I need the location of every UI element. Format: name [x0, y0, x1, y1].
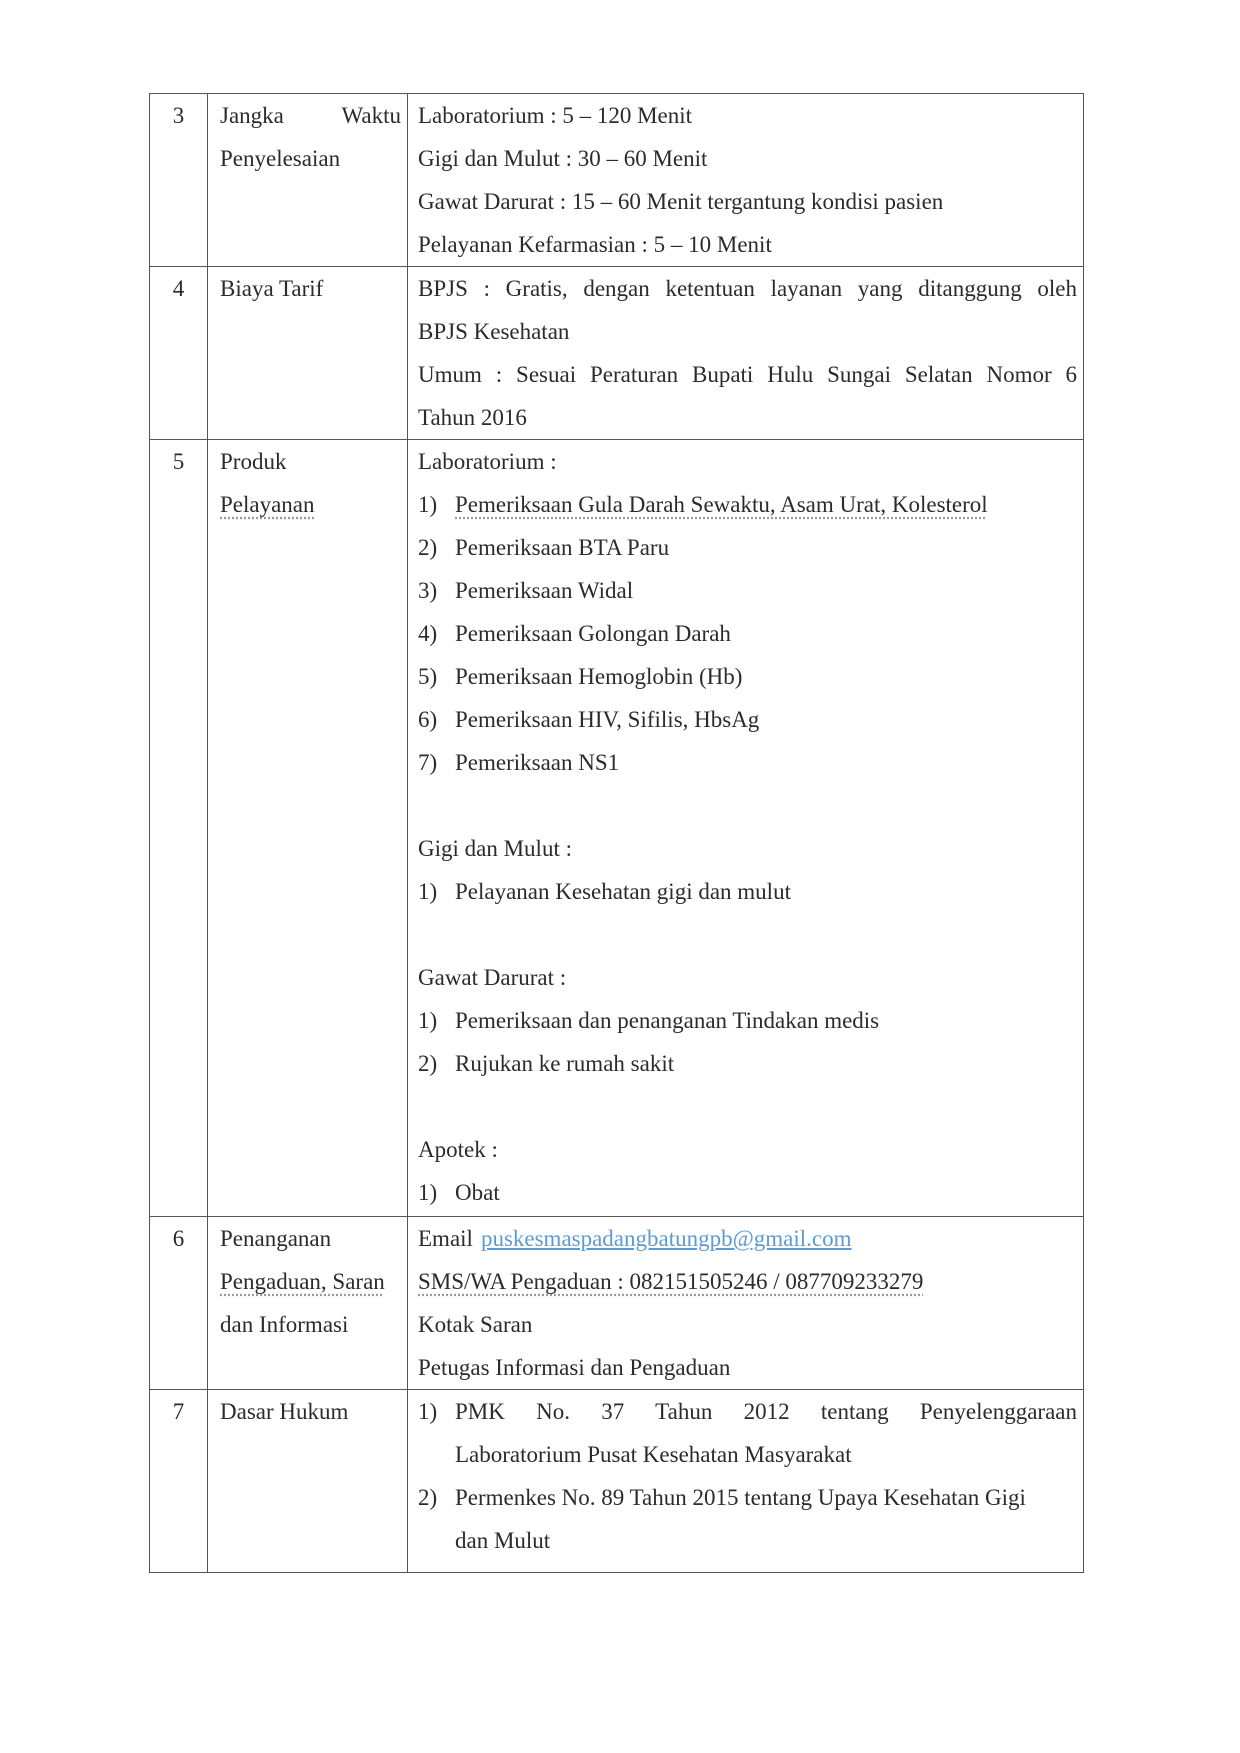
- table-row: 3 Jangka Waktu Penyelesaian Laboratorium…: [150, 94, 1084, 267]
- row-number: 4: [150, 267, 208, 440]
- table-row: 6 Penanganan Pengaduan, Saran dan Inform…: [150, 1217, 1084, 1390]
- section-heading-gigi-mulut: Gigi dan Mulut :: [418, 827, 1077, 870]
- row-label-line: Biaya Tarif: [220, 267, 401, 310]
- row-label-line: Pengaduan, Saran: [220, 1260, 401, 1303]
- row-label: Jangka Waktu Penyelesaian: [208, 94, 408, 267]
- email-line: Emailpuskesmaspadangbatungpb@gmail.com: [418, 1217, 1077, 1260]
- list-item: 1) PMK No. 37 Tahun 2012 tentang Penyele…: [418, 1390, 1077, 1433]
- sms-wa-line: SMS/WA Pengaduan : 082151505246 / 087709…: [418, 1260, 1077, 1303]
- list-item: 1) Pemeriksaan dan penanganan Tindakan m…: [418, 999, 1077, 1042]
- content-line: Laboratorium : 5 – 120 Menit: [418, 94, 1077, 137]
- email-label: Email: [418, 1226, 473, 1251]
- row-number: 5: [150, 440, 208, 1217]
- row-label: Biaya Tarif: [208, 267, 408, 440]
- section-heading-gawat-darurat: Gawat Darurat :: [418, 956, 1077, 999]
- table-row: 7 Dasar Hukum 1) PMK No. 37 Tahun 2012 t…: [150, 1390, 1084, 1573]
- row-content: Laboratorium : 1) Pemeriksaan Gula Darah…: [408, 440, 1084, 1217]
- list-item: 4) Pemeriksaan Golongan Darah: [418, 612, 1077, 655]
- content-line: Petugas Informasi dan Pengaduan: [418, 1346, 1077, 1389]
- service-standard-table: 3 Jangka Waktu Penyelesaian Laboratorium…: [149, 93, 1084, 1573]
- content-line: Gawat Darurat : 15 – 60 Menit tergantung…: [418, 180, 1077, 223]
- list-item: 2) Permenkes No. 89 Tahun 2015 tentang U…: [418, 1476, 1077, 1519]
- row-label-line: Pelayanan: [220, 483, 401, 526]
- list-item-continuation: dan Mulut: [418, 1519, 1077, 1562]
- spacer: [418, 1085, 1077, 1128]
- content-line: Gigi dan Mulut : 30 – 60 Menit: [418, 137, 1077, 180]
- row-content: Emailpuskesmaspadangbatungpb@gmail.com S…: [408, 1217, 1084, 1390]
- content-line: BPJS Kesehatan: [418, 310, 1077, 353]
- content-line: Umum : Sesuai Peraturan Bupati Hulu Sung…: [418, 353, 1077, 396]
- row-number: 6: [150, 1217, 208, 1390]
- spacer: [418, 784, 1077, 827]
- content-line: BPJS : Gratis, dengan ketentuan layanan …: [418, 267, 1077, 310]
- row-label: Penanganan Pengaduan, Saran dan Informas…: [208, 1217, 408, 1390]
- table-row: 4 Biaya Tarif BPJS : Gratis, dengan kete…: [150, 267, 1084, 440]
- list-item-continuation: Laboratorium Pusat Kesehatan Masyarakat: [418, 1433, 1077, 1476]
- row-number: 3: [150, 94, 208, 267]
- section-heading-apotek: Apotek :: [418, 1128, 1077, 1171]
- list-item: 2) Pemeriksaan BTA Paru: [418, 526, 1077, 569]
- row-content: BPJS : Gratis, dengan ketentuan layanan …: [408, 267, 1084, 440]
- row-label: Produk Pelayanan: [208, 440, 408, 1217]
- list-item: 5) Pemeriksaan Hemoglobin (Hb): [418, 655, 1077, 698]
- row-label-line: Jangka Waktu: [220, 94, 401, 137]
- list-item: 3) Pemeriksaan Widal: [418, 569, 1077, 612]
- list-item: 1) Pemeriksaan Gula Darah Sewaktu, Asam …: [418, 483, 1077, 526]
- section-heading-laboratorium: Laboratorium :: [418, 440, 1077, 483]
- row-content: 1) PMK No. 37 Tahun 2012 tentang Penyele…: [408, 1390, 1084, 1573]
- row-label-line: Dasar Hukum: [220, 1390, 401, 1433]
- document-page: 3 Jangka Waktu Penyelesaian Laboratorium…: [0, 0, 1240, 1753]
- spacer: [418, 913, 1077, 956]
- row-number: 7: [150, 1390, 208, 1573]
- list-item: 1) Obat: [418, 1171, 1077, 1214]
- row-label-line: dan Informasi: [220, 1303, 401, 1346]
- content-line: Kotak Saran: [418, 1303, 1077, 1346]
- row-label-line: Penanganan: [220, 1217, 401, 1260]
- list-item: 6) Pemeriksaan HIV, Sifilis, HbsAg: [418, 698, 1077, 741]
- row-label-line: Produk: [220, 440, 401, 483]
- content-line: Pelayanan Kefarmasian : 5 – 10 Menit: [418, 223, 1077, 266]
- list-item: 2) Rujukan ke rumah sakit: [418, 1042, 1077, 1085]
- row-content: Laboratorium : 5 – 120 Menit Gigi dan Mu…: [408, 94, 1084, 267]
- email-link[interactable]: puskesmaspadangbatungpb@gmail.com: [481, 1226, 852, 1251]
- row-label: Dasar Hukum: [208, 1390, 408, 1573]
- list-item: 1) Pelayanan Kesehatan gigi dan mulut: [418, 870, 1077, 913]
- table-row: 5 Produk Pelayanan Laboratorium : 1) Pem…: [150, 440, 1084, 1217]
- list-item: 7) Pemeriksaan NS1: [418, 741, 1077, 784]
- row-label-line: Penyelesaian: [220, 137, 401, 180]
- content-line: Tahun 2016: [418, 396, 1077, 439]
